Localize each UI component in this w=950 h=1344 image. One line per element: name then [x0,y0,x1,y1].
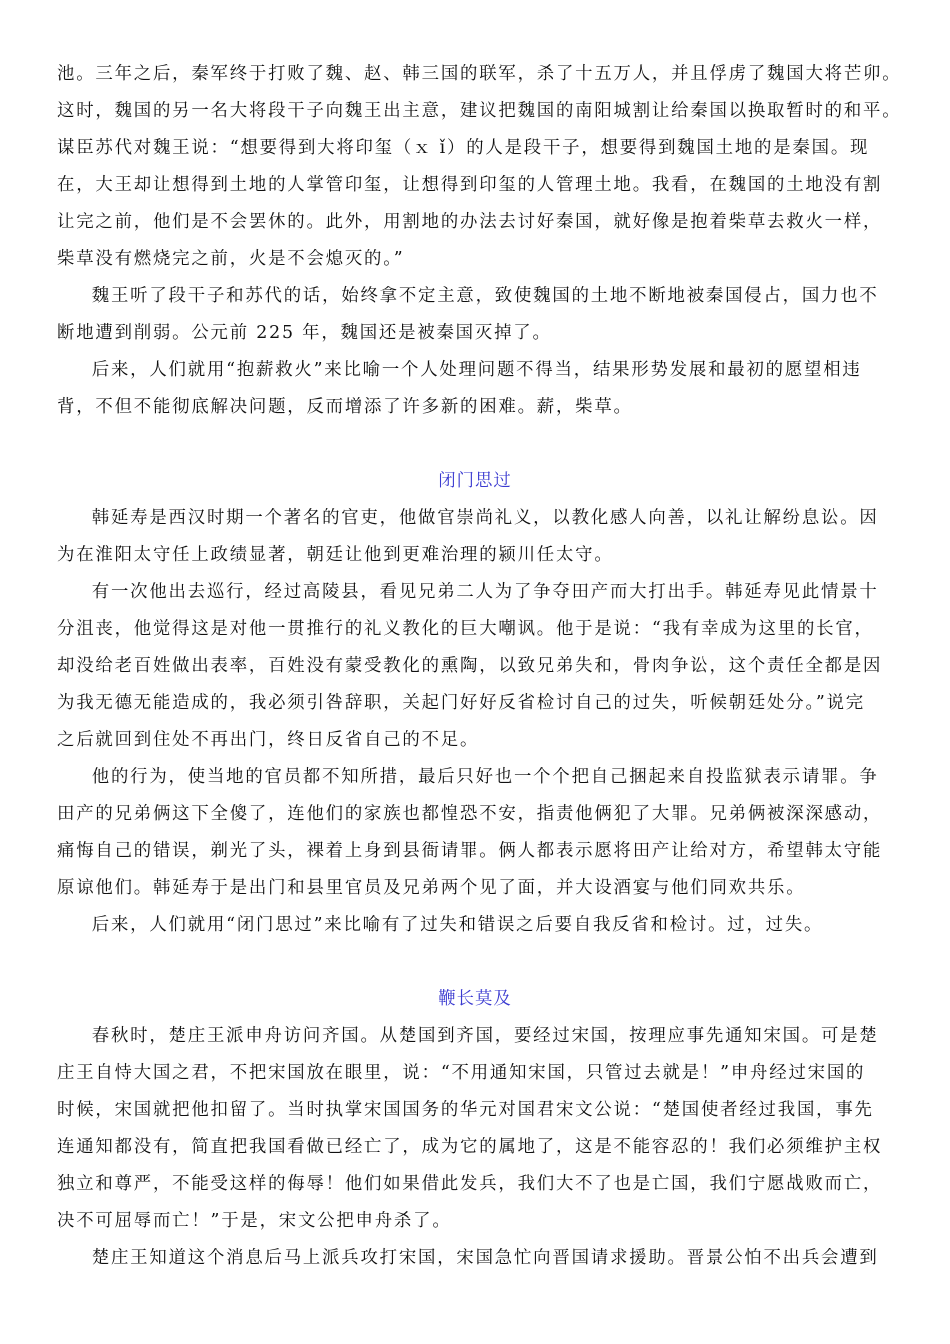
text-line: 他的行为，使当地的官员都不知所措，最后只好也一个个把自己捆起来自投监狱表示请罪。… [57,759,893,796]
text-line: 春秋时，楚庄王派申舟访问齐国。从楚国到齐国，要经过宋国，按理应事先通知宋国。可是… [57,1018,893,1055]
paragraph: 有一次他出去巡行，经过高陵县，看见兄弟二人为了争夺田产而大打出手。韩延寿见此情景… [57,574,893,759]
text-line: 这时，魏国的另一名大将段干子向魏王出主意，建议把魏国的南阳城割让给秦国以换取暂时… [57,93,893,130]
text-line: 后来，人们就用“闭门思过”来比喻有了过失和错误之后要自我反省和检讨。过，过失。 [57,907,893,944]
text-line: 有一次他出去巡行，经过高陵县，看见兄弟二人为了争夺田产而大打出手。韩延寿见此情景… [57,574,893,611]
section-bian-chang-mo-ji: 鞭长莫及 春秋时，楚庄王派申舟访问齐国。从楚国到齐国，要经过宋国，按理应事先通知… [57,981,893,1277]
text-line: 后来，人们就用“抱薪救火”来比喻一个人处理问题不得当，结果形势发展和最初的愿望相… [57,352,893,389]
text-line: 之后就回到住处不再出门，终日反省自己的不足。 [57,722,893,759]
section-spacer [57,426,893,463]
section-bao-xin-jiu-huo-tail: 池。三年之后，秦军终于打败了魏、赵、韩三国的联军，杀了十五万人，并且俘虏了魏国大… [57,56,893,426]
text-line: 韩延寿是西汉时期一个著名的官吏，他做官崇尚礼义，以教化感人向善，以礼让解纷息讼。… [57,500,893,537]
text-line: 原谅他们。韩延寿于是出门和县里官员及兄弟两个见了面，并大设酒宴与他们同欢共乐。 [57,870,893,907]
text-line: 谋臣苏代对魏王说：“想要得到大将印玺（ｘ ǐ）的人是段干子，想要得到魏国土地的是… [57,130,893,167]
paragraph: 春秋时，楚庄王派申舟访问齐国。从楚国到齐国，要经过宋国，按理应事先通知宋国。可是… [57,1018,893,1240]
text-line: 柴草没有燃烧完之前，火是不会熄灭的。” [57,241,893,278]
text-line: 时候，宋国就把他扣留了。当时执掌宋国国务的华元对国君宋文公说：“楚国使者经过我国… [57,1092,893,1129]
text-line: 楚庄王知道这个消息后马上派兵攻打宋国，宋国急忙向晋国请求援助。晋景公怕不出兵会遭… [57,1240,893,1277]
text-line: 连通知都没有，简直把我国看做已经亡了，成为它的属地了，这是不能容忍的！我们必须维… [57,1129,893,1166]
section-title: 闭门思过 [57,463,893,500]
text-line: 魏王听了段干子和苏代的话，始终拿不定主意，致使魏国的土地不断地被秦国侵占，国力也… [57,278,893,315]
paragraph: 魏王听了段干子和苏代的话，始终拿不定主意，致使魏国的土地不断地被秦国侵占，国力也… [57,278,893,352]
text-line: 池。三年之后，秦军终于打败了魏、赵、韩三国的联军，杀了十五万人，并且俘虏了魏国大… [57,56,893,93]
text-line: 断地遭到削弱。公元前 225 年，魏国还是被秦国灭掉了。 [57,315,893,352]
text-line: 决不可屈辱而亡！”于是，宋文公把申舟杀了。 [57,1203,893,1240]
paragraph: 韩延寿是西汉时期一个著名的官吏，他做官崇尚礼义，以教化感人向善，以礼让解纷息讼。… [57,500,893,574]
text-line: 为我无德无能造成的，我必须引咎辞职，关起门好好反省检讨自己的过失，听候朝廷处分。… [57,685,893,722]
text-line: 痛悔自己的错误，剃光了头，裸着上身到县衙请罪。俩人都表示愿将田产让给对方，希望韩… [57,833,893,870]
section-title: 鞭长莫及 [57,981,893,1018]
text-line: 田产的兄弟俩这下全傻了，连他们的家族也都惶恐不安，指责他俩犯了大罪。兄弟俩被深深… [57,796,893,833]
paragraph: 池。三年之后，秦军终于打败了魏、赵、韩三国的联军，杀了十五万人，并且俘虏了魏国大… [57,56,893,278]
section-spacer [57,944,893,981]
text-line: 让完之前，他们是不会罢休的。此外，用割地的办法去讨好秦国，就好像是抱着柴草去救火… [57,204,893,241]
text-line: 分沮丧，他觉得这是对他一贯推行的礼义教化的巨大嘲讽。他于是说：“我有幸成为这里的… [57,611,893,648]
text-line: 背，不但不能彻底解决问题，反而增添了许多新的困难。薪，柴草。 [57,389,893,426]
paragraph: 楚庄王知道这个消息后马上派兵攻打宋国，宋国急忙向晋国请求援助。晋景公怕不出兵会遭… [57,1240,893,1277]
text-line: 却没给老百姓做出表率，百姓没有蒙受教化的熏陶，以致兄弟失和，骨肉争讼，这个责任全… [57,648,893,685]
paragraph: 他的行为，使当地的官员都不知所措，最后只好也一个个把自己捆起来自投监狱表示请罪。… [57,759,893,907]
text-line: 独立和尊严，不能受这样的侮辱！他们如果借此发兵，我们大不了也是亡国，我们宁愿战败… [57,1166,893,1203]
paragraph: 后来，人们就用“抱薪救火”来比喻一个人处理问题不得当，结果形势发展和最初的愿望相… [57,352,893,426]
text-line: 庄王自恃大国之君，不把宋国放在眼里，说：“不用通知宋国，只管过去就是！”申舟经过… [57,1055,893,1092]
paragraph: 后来，人们就用“闭门思过”来比喻有了过失和错误之后要自我反省和检讨。过，过失。 [57,907,893,944]
section-bi-men-si-guo: 闭门思过 韩延寿是西汉时期一个著名的官吏，他做官崇尚礼义，以教化感人向善，以礼让… [57,463,893,944]
text-line: 在，大王却让想得到土地的人掌管印玺，让想得到印玺的人管理土地。我看，在魏国的土地… [57,167,893,204]
document-page: 池。三年之后，秦军终于打败了魏、赵、韩三国的联军，杀了十五万人，并且俘虏了魏国大… [57,56,893,1277]
text-line: 为在淮阳太守任上政绩显著，朝廷让他到更难治理的颍川任太守。 [57,537,893,574]
